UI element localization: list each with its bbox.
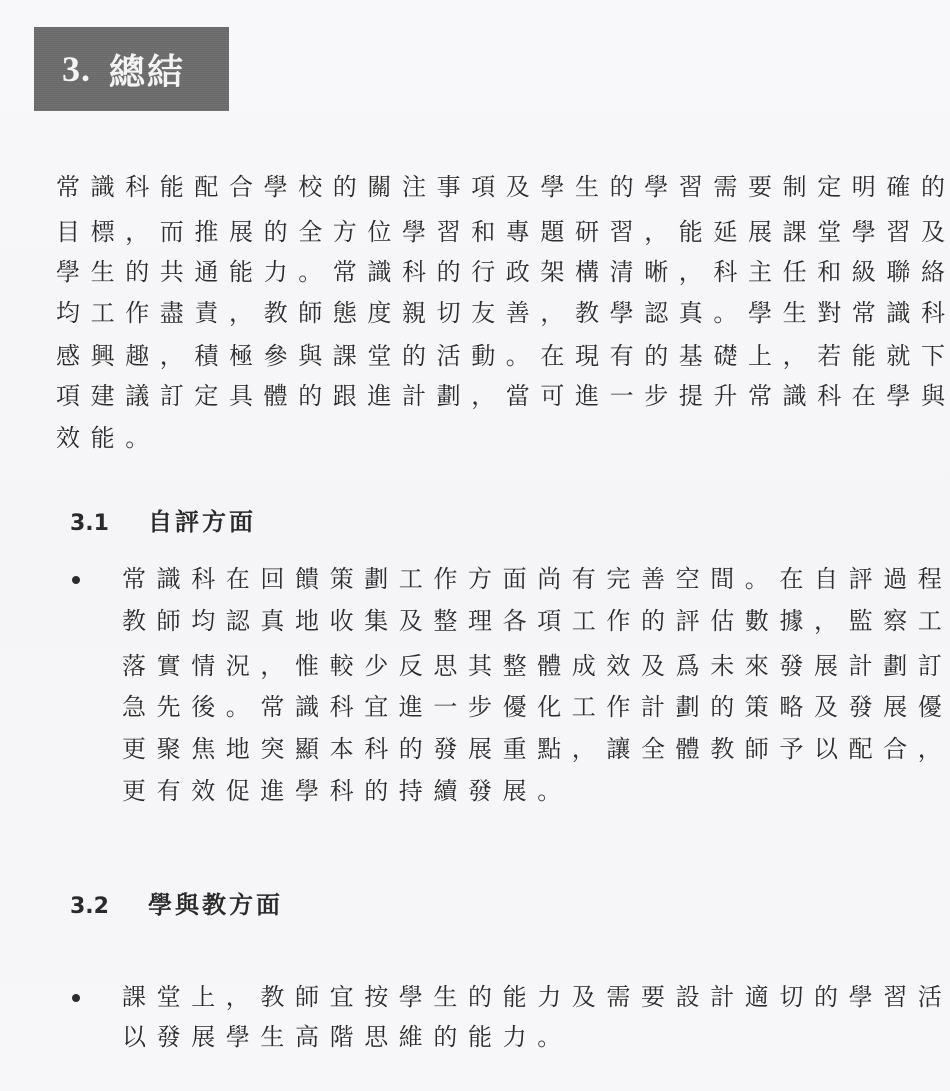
- subsection-number: 3.2: [70, 894, 148, 919]
- bullet-line: 更聚焦地突顯本科的發展重點，讓全體教師予以配合，以便: [122, 737, 950, 761]
- subsection-number: 3.1: [70, 511, 148, 536]
- paragraph-line: 效能。: [56, 426, 160, 450]
- bullet-line: 更有效促進學科的持續發展。: [122, 779, 572, 803]
- paragraph-line: 學生的共通能力。常識科的行政架構清晰，科主任和級聯絡教師: [56, 260, 950, 284]
- subsection-title: 學與教方面: [148, 885, 283, 920]
- bullet-line: 課堂上，教師宜按學生的能力及需要設計適切的學習活動，: [122, 985, 950, 1009]
- bullet-line: 急先後。常識科宜進一步優化工作計劃的策略及發展優次，: [122, 695, 950, 719]
- section-number: 3.: [62, 48, 91, 90]
- section-header: 3. 總結: [34, 27, 229, 111]
- paragraph-line: 感興趣，積極參與課堂的活動。在現有的基礎上，若能就下列各: [56, 344, 950, 368]
- bullet-icon: [72, 994, 80, 1002]
- bullet-icon: [72, 576, 80, 584]
- subsection-title: 自評方面: [148, 502, 256, 537]
- bullet-line: 教師均認真地收集及整理各項工作的評估數據，監察工作的: [122, 609, 950, 633]
- document-page: 3. 總結 常識科能配合學校的關注事項及學生的學習需要制定明確的工作 目標，而推…: [0, 0, 950, 1091]
- paragraph-line: 均工作盡責，教師態度親切友善，教學認真。學生對常識科學習: [56, 301, 950, 325]
- subsection-heading-3-1: 3.1 自評方面: [70, 502, 256, 537]
- paragraph-line: 常識科能配合學校的關注事項及學生的學習需要制定明確的工作: [56, 175, 950, 199]
- section-title: 總結: [109, 44, 185, 95]
- bullet-line: 落實情況，惟較少反思其整體成效及爲未來發展計劃訂定緩: [122, 654, 950, 678]
- bullet-line: 以發展學生高階思維的能力。: [122, 1025, 572, 1049]
- paragraph-line: 項建議訂定具體的跟進計劃，當可進一步提升常識科在學與教的: [56, 384, 950, 408]
- bullet-line: 常識科在回饋策劃工作方面尚有完善空間。在自評過程中，: [122, 567, 950, 591]
- paragraph-line: 目標，而推展的全方位學習和專題研習，能延展課堂學習及發展: [56, 220, 950, 244]
- subsection-heading-3-2: 3.2 學與教方面: [70, 885, 283, 920]
